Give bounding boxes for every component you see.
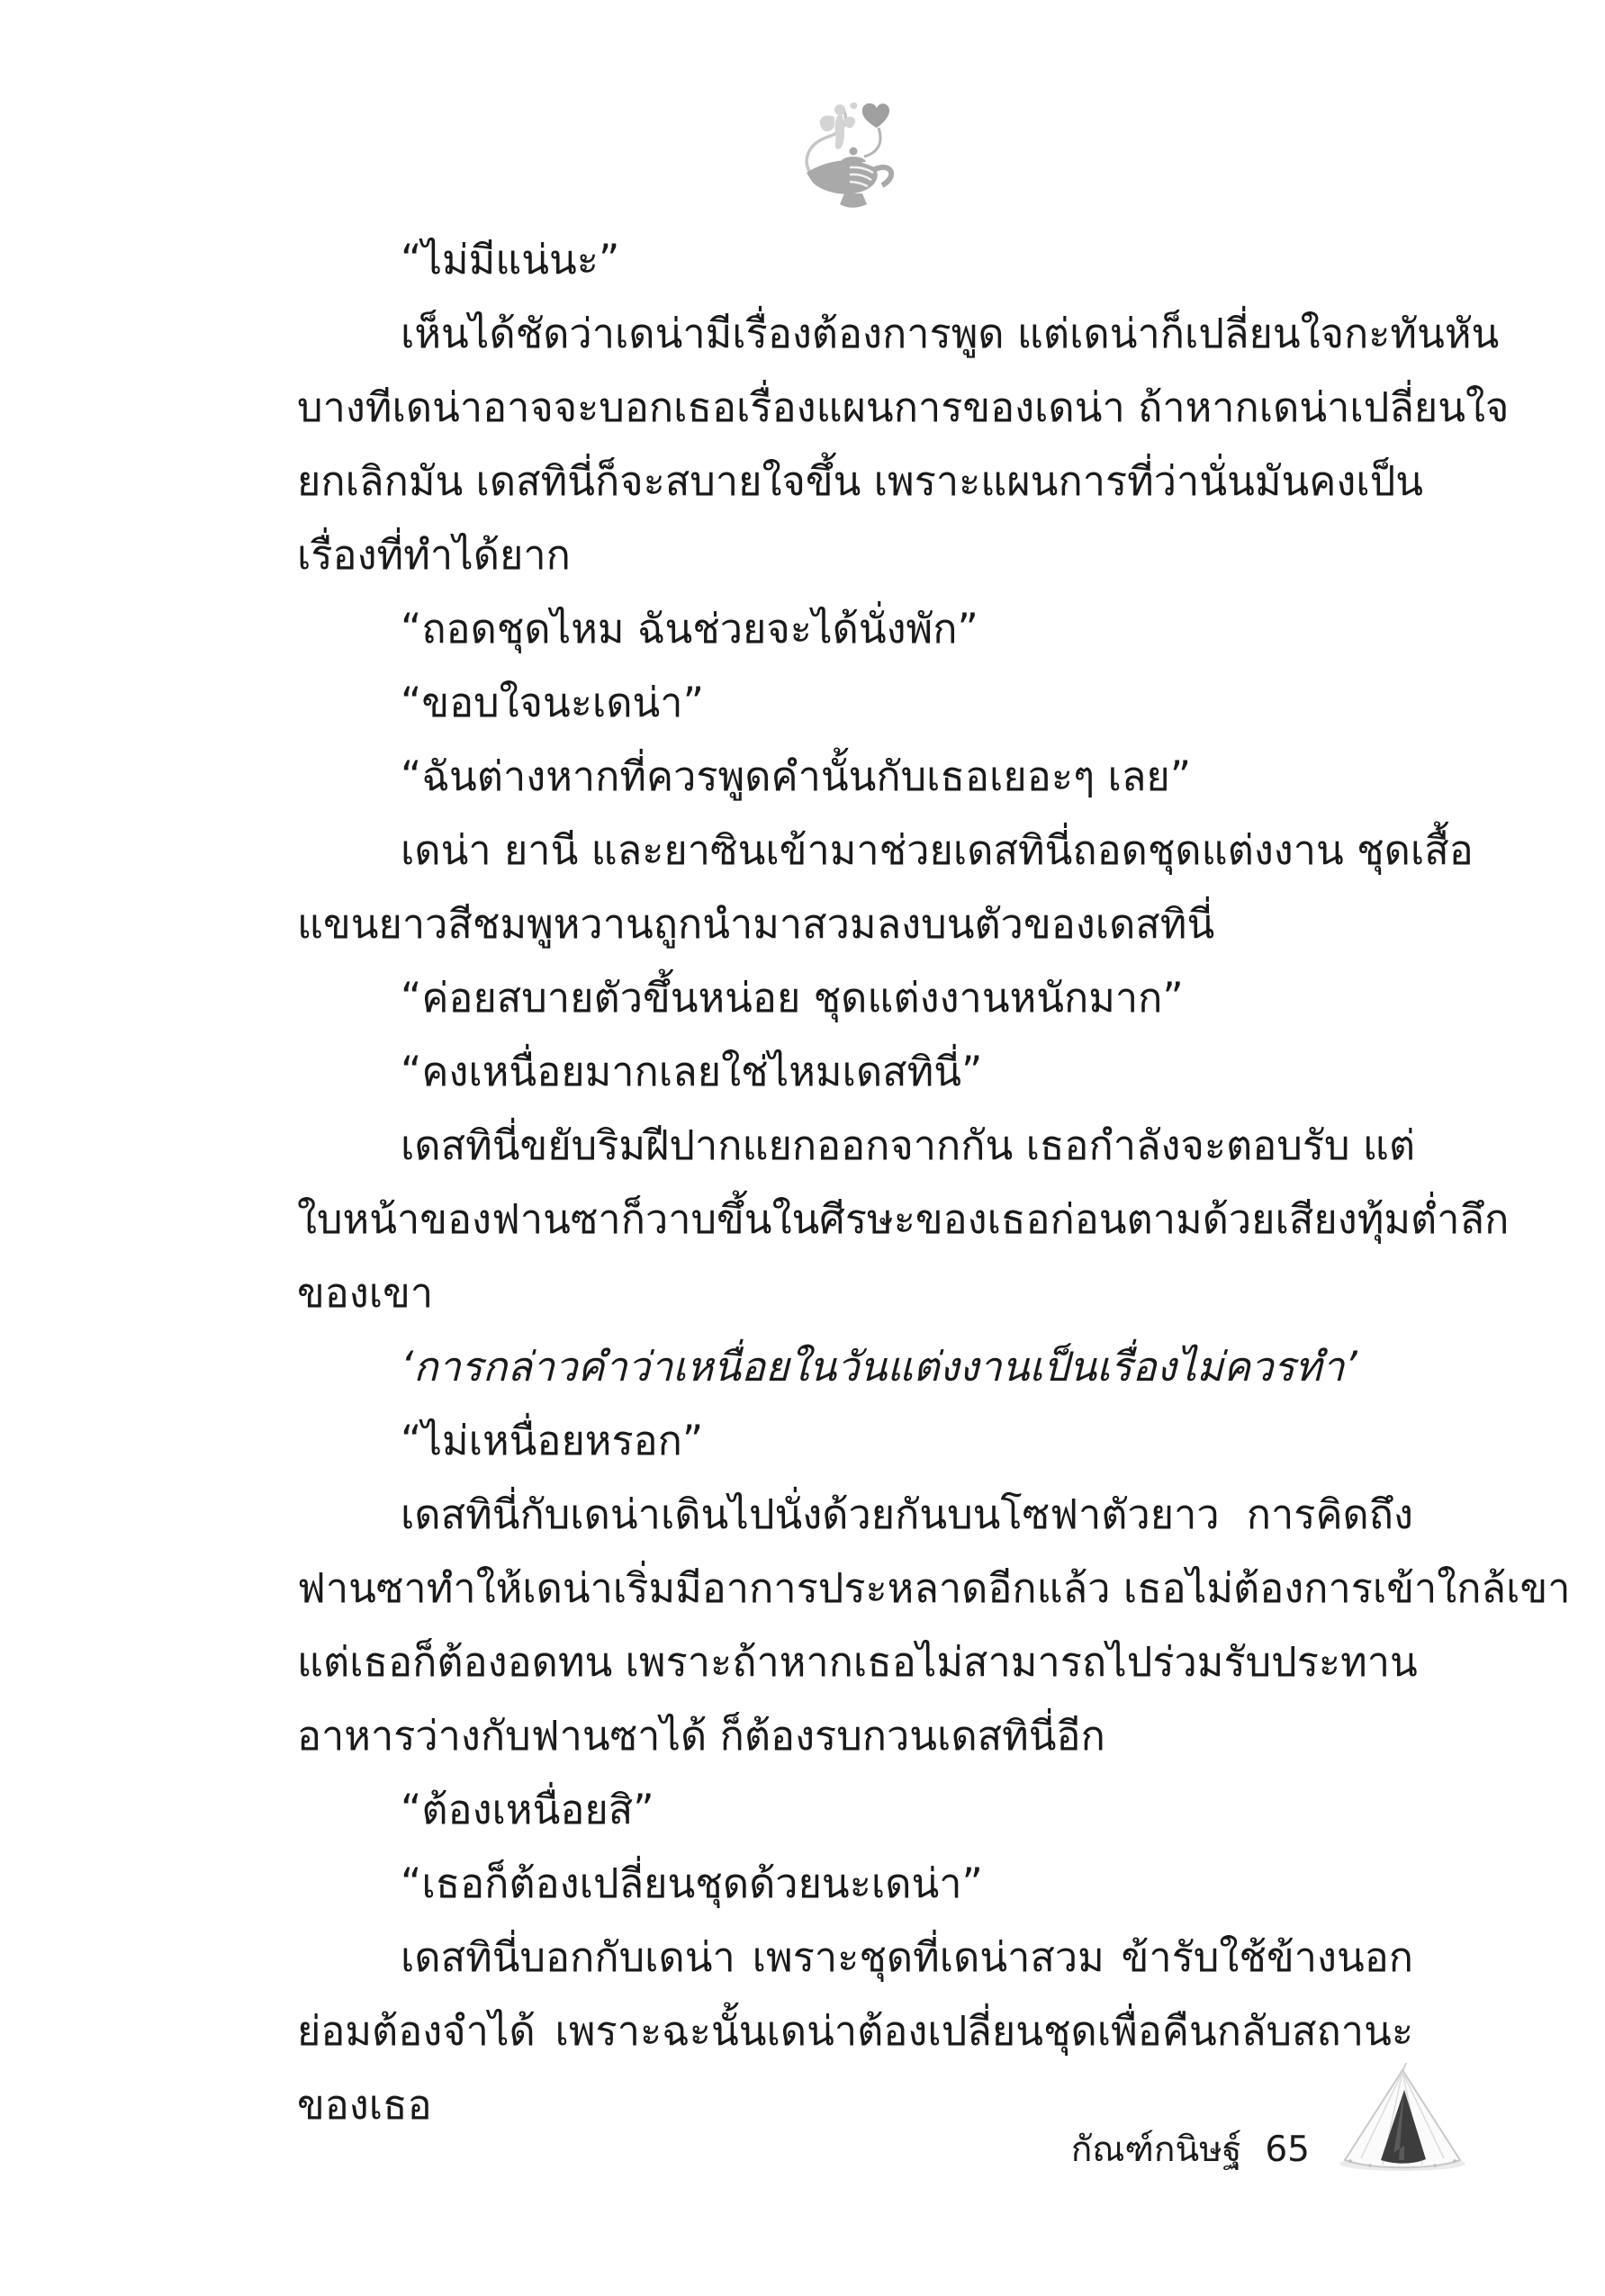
teapot-fairy-icon — [798, 97, 915, 216]
text-line: “ฉันต่างหากที่ควรพูดคำนั้นกับเธอเยอะๆ เล… — [297, 740, 1413, 814]
text-line: “ถอดชุดไหม ฉันช่วยจะได้นั่งพัก” — [297, 592, 1413, 666]
text-line: “คงเหนื่อยมากเลยใช่ไหมเดสทินี่” — [297, 1035, 1413, 1109]
text-line: เรื่องที่ทำได้ยาก — [297, 518, 1413, 592]
text-line: ‘การกล่าวคำว่าเหนื่อยในวันแต่งงานเป็นเรื… — [297, 1330, 1413, 1404]
text-line: ย่อมต้องจำได้ เพราะฉะนั้นเดน่าต้องเปลี่ย… — [297, 1994, 1413, 2068]
text-line: ยกเลิกมัน เดสทินี่ก็จะสบายใจขึ้น เพราะแผ… — [297, 445, 1413, 518]
text-line: อาหารว่างกับฟานซาได้ ก็ต้องรบกวนเดสทินี่… — [297, 1699, 1413, 1773]
tent-illustration — [1330, 2063, 1474, 2180]
footer-author: กัณฑ์กนิษฐ์ — [1071, 2129, 1242, 2170]
text-line: “ค่อยสบายตัวขึ้นหน่อย ชุดแต่งงานหนักมาก” — [297, 961, 1413, 1035]
text-line: เห็นได้ชัดว่าเดน่ามีเรื่องต้องการพูด แต่… — [297, 297, 1413, 371]
text-line: เดสทินี่บอกกับเดน่า เพราะชุดที่เดน่าสวม … — [297, 1921, 1413, 1994]
page-text: “ไม่มีแน่นะ”เห็นได้ชัดว่าเดน่ามีเรื่องต้… — [297, 223, 1413, 2142]
text-line: เดสทินี่กับเดน่าเดินไปนั่งด้วยกันบนโซฟาต… — [297, 1478, 1413, 1552]
page-number: 65 — [1265, 2129, 1310, 2170]
tent-icon — [1330, 2063, 1474, 2180]
text-line: “เธอก็ต้องเปลี่ยนชุดด้วยนะเดน่า” — [297, 1847, 1413, 1921]
text-line: “ขอบใจนะเดน่า” — [297, 666, 1413, 740]
book-page: { "page": { "background": "#ffffff", "te… — [0, 0, 1605, 2296]
text-line: แต่เธอก็ต้องอดทน เพราะถ้าหากเธอไม่สามารถ… — [297, 1625, 1413, 1699]
text-line: แขนยาวสีชมพูหวานถูกนำมาสวมลงบนตัวของเดสท… — [297, 887, 1413, 961]
text-line: บางทีเดน่าอาจจะบอกเธอเรื่องแผนการของเดน่… — [297, 371, 1413, 445]
text-line: ใบหน้าของฟานซาก็วาบขึ้นในศีรษะของเธอก่อน… — [297, 1183, 1413, 1256]
text-line: เดน่า ยานี และยาซินเข้ามาช่วยเดสทินี่ถอด… — [297, 814, 1413, 887]
text-line: “ไม่เหนื่อยหรอก” — [297, 1404, 1413, 1478]
text-line: เดสทินี่ขยับริมฝีปากแยกออกจากกัน เธอกำลั… — [297, 1109, 1413, 1183]
text-line: ฟานซาทำให้เดน่าเริ่มมีอาการประหลาดอีกแล้… — [297, 1552, 1413, 1625]
text-line: “ต้องเหนื่อยสิ” — [297, 1773, 1413, 1847]
text-line: ของเขา — [297, 1256, 1413, 1330]
chapter-ornament — [798, 97, 915, 216]
text-line: “ไม่มีแน่นะ” — [297, 223, 1413, 297]
page-footer: กัณฑ์กนิษฐ์65 — [297, 2128, 1310, 2173]
